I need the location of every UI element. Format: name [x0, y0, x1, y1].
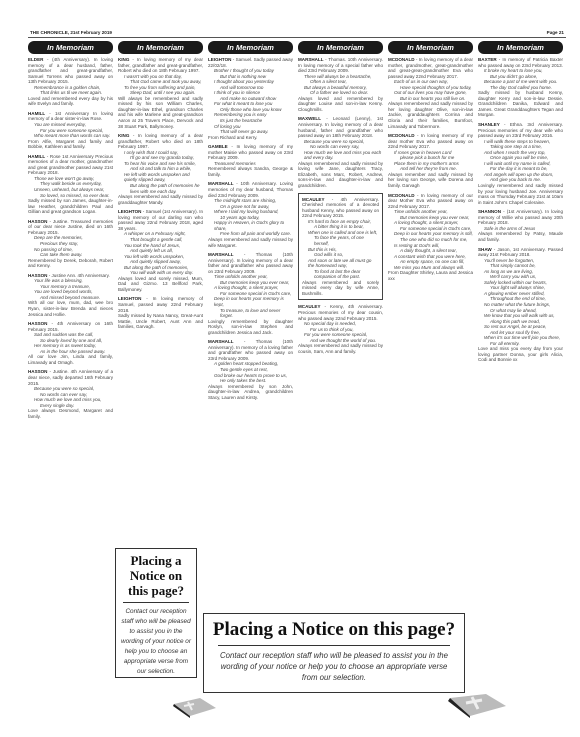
verse: Each of us in our own way,Have special t… — [388, 79, 473, 101]
memoriam-notice: MAXWELL - Leonard (Lenny), 1st Anniversa… — [298, 116, 383, 188]
verse: There will always be a heartache,Often a… — [298, 74, 383, 96]
deceased-name: MCAULEY — [298, 304, 324, 309]
memoriam-notice: HASSON - Justine Ann. 4th Anniversary.Yo… — [28, 273, 113, 317]
deceased-name: SHAW — [478, 247, 494, 252]
deceased-name: MARSHALL — [208, 339, 244, 344]
verse: Time unfolds another year,But memories k… — [208, 274, 293, 318]
notice-signoff: With all our love, mum, dad, wee bro Rya… — [28, 300, 113, 317]
verse: It broke my heart to lose you,But you di… — [478, 68, 563, 90]
memoriam-notice: SHANLEY - Ethna. 3rd Anniversary. Precio… — [478, 122, 563, 205]
memoriam-notice: MARSHALL - Thomas (10th Anniversary). In… — [208, 339, 293, 400]
notice-text: - Justine Ann. 4th Anniversary. — [49, 273, 110, 278]
verse: If roses grow in heaven Lordplease pick … — [388, 150, 473, 172]
memoriam-notice: GAMBLE - In loving memory of my mother M… — [208, 144, 293, 177]
bible-illustration-icon-2 — [446, 692, 508, 718]
deceased-name: SHANNON — [478, 209, 503, 214]
column-4: In MemoriamMARSHALL - Thomas. 10th Anniv… — [298, 41, 383, 611]
in-memoriam-banner: In Memoriam — [478, 41, 563, 54]
placing-notice-body: Contact our reception staff who will be … — [119, 607, 193, 677]
memoriam-notice: MCAULEY - Kenny, 4th Anniversary. Precio… — [298, 304, 383, 354]
bible-illustration-icon — [170, 696, 218, 718]
verse: The midnight stars are shining,On a grav… — [208, 198, 293, 237]
verse: I wasn't with you on that day,That God c… — [118, 74, 203, 96]
verse: Deep are the memories,Precious they stay… — [28, 235, 113, 257]
deceased-name: BAXTER — [478, 57, 499, 62]
notice-signoff: Always remembered and sadly missed by wi… — [208, 237, 293, 248]
memoriam-notice: MCAULEY - 4th Anniversary. Cherished mem… — [298, 193, 383, 301]
verse: A golden heart stopped beating,Two gentl… — [208, 361, 293, 383]
notice-signoff: All our love Jim, Linda and family, Lima… — [28, 354, 113, 365]
deceased-name: HASSON — [28, 369, 49, 374]
verse: Because you were so special,No words can… — [28, 386, 113, 408]
deceased-name: LEIGHTON — [208, 57, 233, 62]
deceased-name: MCDONALD — [388, 57, 416, 62]
notice-signoff: Love always Desmond, Margaret and family… — [28, 408, 113, 419]
notice-signoff: Always remembered and sadly missed by co… — [298, 343, 383, 354]
deceased-name: LEIGHTON — [118, 209, 143, 214]
notice-signoff: From Richard and Kerry. — [208, 135, 293, 141]
notice-signoff: Sadly missed by husband Kenny, daughter … — [478, 90, 563, 118]
memoriam-notice: HASSON - 4th Anniversary on 16th Februar… — [28, 321, 113, 365]
deceased-name: MARSHALL — [208, 252, 244, 257]
deceased-name: HASSON — [28, 219, 49, 224]
verse: Brother I thought of you todayBut that i… — [208, 68, 293, 135]
notice-signoff: Love and miss you every day from your lo… — [478, 346, 563, 363]
notice-signoff: Always remembered and sadly missed by lo… — [298, 161, 383, 189]
in-memoriam-banner: In Memoriam — [118, 41, 203, 54]
notice-signoff: Sadly missed by son James, daughter-in-l… — [28, 198, 113, 215]
verse: Remembrance is a golden chain,That links… — [28, 85, 113, 96]
notice-signoff: Remembered always Sandra, George & famil… — [208, 166, 293, 177]
verse: No special day is needed,For us to think… — [298, 321, 383, 343]
verse: I only wish that I could say,I'll go and… — [118, 150, 203, 194]
deceased-name: HASSON — [28, 321, 51, 326]
deceased-name: MARSHALL — [208, 181, 236, 186]
memoriam-notice: SHAW - Jason, 1st Anniversary. Passed aw… — [478, 247, 563, 363]
deceased-name: KING — [118, 57, 132, 62]
memoriam-notice: HAMILL - 1st Anniversary In loving memor… — [28, 111, 113, 150]
newspaper-page: THE CHRONICLE, 21st February 2019 Page 2… — [28, 28, 566, 718]
deceased-name: KING — [118, 133, 133, 138]
memoriam-notice: MCDONALD - In loving memory of our dear … — [388, 193, 473, 282]
notice-signoff: Always loved and sorely missed, Mum, Dad… — [118, 276, 203, 293]
notice-signoff: Always remembered by son John, daughter-… — [208, 384, 293, 401]
notice-signoff: Will always be remembered and sadly miss… — [118, 96, 203, 129]
notice-signoff: Loved and remembered every day by his wi… — [28, 96, 113, 107]
verse: Your life was a blessing,Your memory a t… — [28, 278, 113, 300]
deceased-name: MCDONALD — [388, 193, 417, 198]
notice-signoff: Lovingly remembered by daughter Roslyn, … — [208, 319, 293, 336]
column-3: In MemoriamLEIGHTON - Samuel. Sadly pass… — [208, 41, 293, 611]
placing-notice-title-wide: Placing a Notice on this page? — [210, 619, 458, 641]
page-number: Page 21 — [547, 30, 564, 35]
in-memoriam-banner: In Memoriam — [298, 41, 383, 54]
memoriam-notice: KING - In loving memory of a dear grandf… — [118, 133, 203, 205]
deceased-name: SHANLEY — [478, 122, 504, 127]
page-header: THE CHRONICLE, 21st February 2019 Page 2… — [28, 28, 566, 38]
verse: I will walk these steps to heaven,Taking… — [478, 139, 563, 183]
column-1: In MemoriamELDER - (4th Anniversary). In… — [28, 41, 113, 716]
notice-signoff: Always remembered and sadly missed by he… — [388, 101, 473, 129]
verse: Sad and sudden was the call,So dearly lo… — [28, 332, 113, 354]
in-memoriam-banner: In Memoriam — [388, 41, 473, 54]
notice-signoff: Lovingly remembered and sadly missed by … — [478, 183, 563, 205]
memoriam-notice: BAXTER - In memory of Patricia Baxter wh… — [478, 57, 563, 118]
memoriam-notice: ELDER - (4th Anniversary). In loving mem… — [28, 57, 113, 107]
deceased-name: MCDONALD — [388, 133, 417, 138]
notice-signoff: Remembered by Derek, Deborah, Robert and… — [28, 258, 113, 269]
deceased-name: MAXWELL — [298, 116, 326, 121]
notice-signoff: Sadly missed by Nana Nancy, Great-Aunt M… — [118, 313, 203, 330]
deceased-name: LEIGHTON — [118, 296, 146, 301]
memoriam-notice: MCDONALD - In loving memory of a dear mo… — [388, 57, 473, 129]
verse: Time unfolds another year,But memories k… — [388, 209, 473, 270]
verse: It's hard to face an empty chair,A bitte… — [302, 219, 379, 280]
memoriam-notice: MARSHALL - Thomas. 10th Anniversary. In … — [298, 57, 383, 112]
deceased-name: MARSHALL — [298, 57, 325, 62]
memoriam-notice: MARSHALL - Thomas (10th Anniversary). In… — [208, 252, 293, 335]
deceased-name: MCAULEY — [302, 197, 332, 202]
placing-notice-box-wide: Placing a Notice on this page? Contact o… — [203, 613, 465, 693]
memoriam-notice: LEIGHTON - Samuel (1st Anniversary). In … — [118, 209, 203, 292]
notice-signoff: Always loved and remembered by daughter … — [298, 96, 383, 113]
memoriam-notice: HASSON - Justine. Treasured memories of … — [28, 219, 113, 269]
notice-signoff: Always remembered by Patsy, Maude and fa… — [478, 231, 563, 242]
notice-signoff: Always remembered and sorely missed ever… — [302, 280, 379, 297]
deceased-name: HAMILL — [28, 154, 47, 159]
in-memoriam-banner: In Memoriam — [28, 41, 113, 54]
memoriam-notice: MCDONALD - In loving memory of my dear m… — [388, 133, 473, 188]
placing-notice-body-wide: Contact our reception staff who will be … — [210, 650, 458, 683]
deceased-name: HAMILL — [28, 111, 49, 116]
notice-signoff: From Daughter Shirley, Laura and Jessica… — [388, 270, 473, 281]
in-memoriam-banner: In Memoriam — [208, 41, 293, 54]
notice-signoff: Always remember and sadly missed by her … — [388, 172, 473, 189]
memoriam-notice: MARSHALL - 10th Anniversary. Loving memo… — [208, 181, 293, 248]
column-5: In MemoriamMCDONALD - In loving memory o… — [388, 41, 473, 611]
verse: Those we love won't go away,They walk be… — [28, 176, 113, 198]
deceased-name: ELDER — [28, 57, 47, 62]
memoriam-notice: LEIGHTON - In loving memory of Samuel, p… — [118, 296, 203, 329]
verse: You'll never be forgotten,That simply ca… — [478, 258, 563, 347]
memoriam-notice: SHANNON - (1st Anniversary). In loving m… — [478, 209, 563, 242]
placing-notice-title: Placing a Notice on this page? — [119, 553, 193, 598]
column-2: In MemoriamKING - In loving memory of my… — [118, 41, 203, 546]
verse: You are missed everyday,For you were som… — [28, 122, 113, 139]
column-6: In MemoriamBAXTER - In memory of Patrici… — [478, 41, 563, 716]
deceased-name: GAMBLE — [208, 144, 231, 149]
publication-dateline: THE CHRONICLE, 21st February 2019 — [30, 30, 112, 35]
memoriam-notice: LEIGHTON - Samuel. Sadly passed away 22/… — [208, 57, 293, 140]
notice-signoff: From Alfie, Margaret and family and Bobb… — [28, 139, 113, 150]
memoriam-notice: HAMILL - Rose 1st Anniversary Precious m… — [28, 154, 113, 215]
verse: Because you were so special,No words can… — [298, 139, 383, 161]
notice-signoff: Always remembered and sadly missed by gr… — [118, 194, 203, 205]
deceased-name: HASSON — [28, 273, 49, 278]
memoriam-notice: HASSON - Justine. 4th Anniversary of a d… — [28, 369, 113, 419]
placing-notice-box-small: Placing a Notice on this page? Contact o… — [115, 548, 197, 678]
verse: A whisper on a February night,That broug… — [118, 231, 203, 275]
memoriam-notice: KING - In loving memory of my dear fathe… — [118, 57, 203, 129]
